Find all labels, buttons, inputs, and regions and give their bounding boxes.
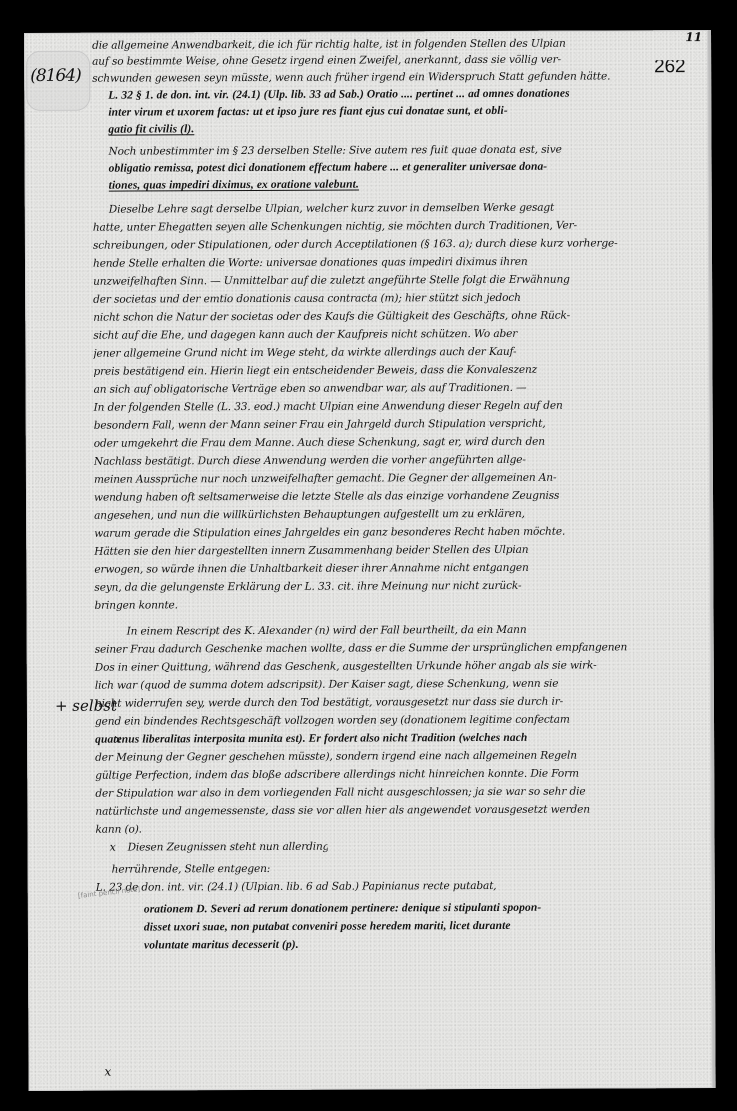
text-line: herrührende, Stelle entgegen: [112, 860, 710, 877]
text-line: nicht schon die Natur der societas oder … [93, 308, 707, 325]
text-line: unzweifelhaften Sinn. — Unmittelbar auf … [93, 272, 707, 289]
text-line: schreibungen, oder Stipulationen, oder d… [93, 236, 707, 253]
latin-citation: disset uxori suae, non putabat conveniri… [144, 918, 710, 934]
text-line: jener allgemeine Grund nicht im Wege ste… [93, 344, 707, 361]
latin-citation: voluntate maritus decesserit (p). [144, 936, 710, 952]
text-line: bringen konnte. [94, 597, 394, 612]
latin-citation [144, 955, 544, 957]
text-line: erwogen, so würde ihnen die Unhaltbarkei… [94, 560, 708, 577]
text-line: lich war (quod de summa dotem adscripsit… [95, 676, 709, 693]
text-line: der Meinung der Gegner geschehen müsste)… [95, 748, 709, 765]
latin-citation: inter virum et uxorem factas: ut et ipso… [108, 103, 706, 120]
text-line: quatenus liberalitas interposita munita … [95, 730, 709, 747]
text-line: nicht widerrufen sey, werde durch den To… [95, 694, 709, 711]
latin-citation: obligatio remissa, potest dici donatione… [109, 159, 707, 176]
text-line: angesehen, und nun die willkürlichsten B… [94, 506, 708, 523]
text-line: besondern Fall, wenn der Mann seiner Fra… [94, 416, 708, 433]
cross-mark: x [110, 841, 116, 854]
text-line: Dieselbe Lehre sagt derselbe Ulpian, wel… [109, 200, 707, 217]
latin-citation: L. 32 § 1. de don. int. vir. (24.1) (Ulp… [108, 86, 706, 103]
text-line: die allgemeine Anwendbarkeit, die ich fü… [92, 36, 704, 53]
latin-citation: gatio fit civilis (l). [108, 122, 308, 137]
manuscript-page: (8164) 11 die allgemeine Anwendbarkeit, … [24, 30, 716, 1091]
text-line: an sich auf obligatorische Verträge eben… [94, 380, 708, 397]
text-line: seiner Frau dadurch Geschenke machen wol… [95, 640, 709, 657]
text-line: der Stipulation war also in dem vorliege… [95, 784, 709, 801]
latin-citation: orationem D. Severi ad rerum donationem … [144, 900, 710, 916]
text-line: Noch unbestimmter im § 23 derselben Stel… [108, 142, 706, 159]
text-line: meinen Aussprüche nur noch unzweifelhaft… [94, 470, 708, 487]
text-line: sicht auf die Ehe, und dagegen kann auch… [93, 326, 707, 343]
text-line: In der folgenden Stelle (L. 33. eod.) ma… [94, 398, 708, 415]
text-line: der societas und der emtio donationis ca… [93, 290, 707, 307]
text-line: oder umgekehrt die Frau dem Manne. Auch … [94, 434, 708, 451]
text-line: wendung haben oft seltsamerweise die let… [94, 488, 708, 505]
latin-citation: tiones, quas impediri diximus, ex oratio… [109, 177, 529, 193]
text-line: schwunden gewesen seyn müsste, wenn auch… [92, 69, 652, 85]
text-line: Nachlass bestätigt. Durch diese Anwendun… [94, 452, 708, 469]
page-reference: 262 [654, 60, 685, 74]
archive-stamp: (8164) [26, 51, 90, 111]
text-line: hatte, unter Ehegatten seyen alle Schenk… [93, 218, 707, 235]
text-line: L. 23 de don. int. vir. (24.1) (Ulpian. … [96, 879, 496, 895]
text-line: gend ein bindendes Rechtsgeschäft vollzo… [95, 712, 709, 729]
text-line: kann (o). [95, 820, 709, 837]
text-line: hende Stelle erhalten die Worte: univers… [93, 254, 707, 271]
text-line: auf so bestimmte Weise, ohne Gesetz irge… [92, 52, 704, 69]
text-line: gültige Perfection, indem das bloße adsc… [95, 766, 709, 783]
cross-mark: x [105, 1065, 112, 1079]
stamp-number: (8164) [30, 66, 81, 86]
text-line: natürlichste und angemessenste, dass sie… [95, 802, 709, 819]
text-line: In einem Rescript des K. Alexander (n) w… [127, 622, 709, 639]
text-line: Hätten sie den hier dargestellten innern… [94, 542, 708, 559]
text-line: Dos in einer Quittung, während das Gesch… [95, 658, 709, 675]
text-line: Diesen Zeugnissen steht nun allerdings f… [128, 840, 328, 855]
text-line: warum gerade die Stipulation eines Jahrg… [94, 524, 708, 541]
text-line: preis bestätigend ein. Hierin liegt ein … [93, 362, 707, 379]
text-line: seyn, da die gelungenste Erklärung der L… [94, 578, 708, 595]
